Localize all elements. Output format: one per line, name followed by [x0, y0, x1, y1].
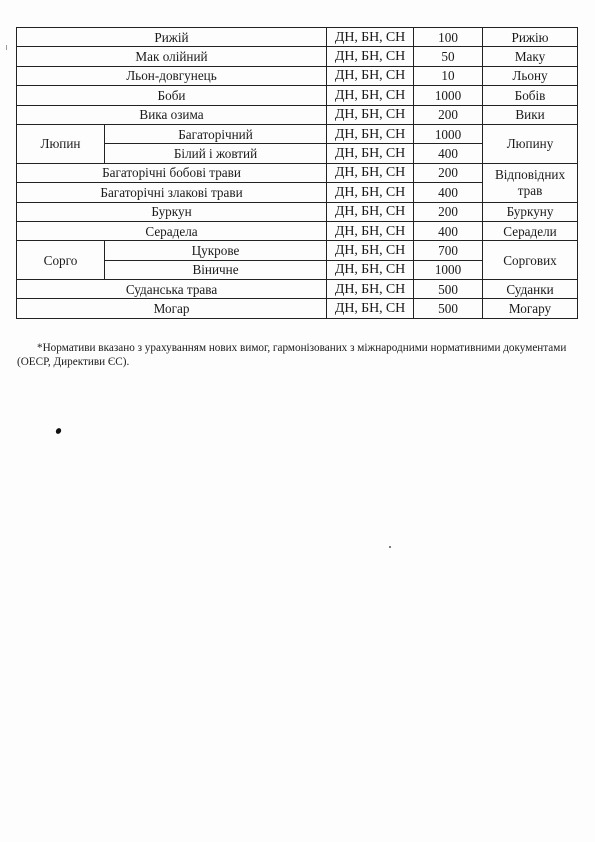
- scan-speck: [389, 546, 391, 548]
- genitive-cell: Буркуну: [483, 202, 578, 221]
- categories-cell: ДН, БН, СН: [327, 66, 414, 85]
- value-cell: 400: [414, 221, 483, 240]
- value-cell: 200: [414, 163, 483, 182]
- crop-group-cell: Люпин: [17, 124, 105, 163]
- crop-name-cell: Буркун: [17, 202, 327, 221]
- categories-cell: ДН, БН, СН: [327, 28, 414, 47]
- scan-margin-mark: [6, 45, 7, 50]
- genitive-cell: Бобів: [483, 86, 578, 105]
- categories-cell: ДН, БН, СН: [327, 105, 414, 124]
- value-cell: 200: [414, 105, 483, 124]
- categories-cell: ДН, БН, СН: [327, 221, 414, 240]
- genitive-cell: Могару: [483, 299, 578, 318]
- genitive-cell: Суданки: [483, 280, 578, 299]
- crop-name-cell: Рижій: [17, 28, 327, 47]
- scan-speck: [55, 427, 63, 435]
- crop-subtype-cell: Білий і жовтий: [105, 144, 327, 163]
- crop-name-cell: Мак олійний: [17, 47, 327, 66]
- categories-cell: ДН, БН, СН: [327, 299, 414, 318]
- table-row: Мак олійний ДН, БН, СН 50 Маку: [17, 47, 578, 66]
- table-row: Боби ДН, БН, СН 1000 Бобів: [17, 86, 578, 105]
- table-footnote: *Нормативи вказано з урахуванням нових в…: [17, 342, 579, 369]
- value-cell: 1000: [414, 260, 483, 279]
- seed-norms-table: Рижій ДН, БН, СН 100 Рижію Мак олійний Д…: [16, 27, 578, 319]
- value-cell: 400: [414, 183, 483, 202]
- value-cell: 1000: [414, 86, 483, 105]
- value-cell: 400: [414, 144, 483, 163]
- crop-subtype-cell: Цукрове: [105, 241, 327, 260]
- genitive-cell: Люпину: [483, 124, 578, 163]
- crop-name-cell: Суданська трава: [17, 280, 327, 299]
- table-row: Суданська трава ДН, БН, СН 500 Суданки: [17, 280, 578, 299]
- table-row: Вика озима ДН, БН, СН 200 Вики: [17, 105, 578, 124]
- table-row: Серадела ДН, БН, СН 400 Серадели: [17, 221, 578, 240]
- value-cell: 500: [414, 299, 483, 318]
- categories-cell: ДН, БН, СН: [327, 47, 414, 66]
- categories-cell: ДН, БН, СН: [327, 163, 414, 182]
- crop-name-cell: Вика озима: [17, 105, 327, 124]
- crop-subtype-cell: Віничне: [105, 260, 327, 279]
- genitive-cell: Рижію: [483, 28, 578, 47]
- crop-name-cell: Багаторічні злакові трави: [17, 183, 327, 202]
- genitive-cell: Відповідних трав: [483, 163, 578, 202]
- crop-name-cell: Могар: [17, 299, 327, 318]
- table-row: Багаторічні бобові трави ДН, БН, СН 200 …: [17, 163, 578, 182]
- table-row: Рижій ДН, БН, СН 100 Рижію: [17, 28, 578, 47]
- value-cell: 700: [414, 241, 483, 260]
- value-cell: 500: [414, 280, 483, 299]
- table-row: Могар ДН, БН, СН 500 Могару: [17, 299, 578, 318]
- categories-cell: ДН, БН, СН: [327, 144, 414, 163]
- value-cell: 10: [414, 66, 483, 85]
- crop-subtype-cell: Багаторічний: [105, 124, 327, 143]
- categories-cell: ДН, БН, СН: [327, 124, 414, 143]
- crop-name-cell: Льон-довгунець: [17, 66, 327, 85]
- value-cell: 100: [414, 28, 483, 47]
- table-row: Люпин Багаторічний ДН, БН, СН 1000 Люпин…: [17, 124, 578, 143]
- genitive-cell: Серадели: [483, 221, 578, 240]
- genitive-cell: Соргових: [483, 241, 578, 280]
- categories-cell: ДН, БН, СН: [327, 183, 414, 202]
- table-row: Сорго Цукрове ДН, БН, СН 700 Соргових: [17, 241, 578, 260]
- value-cell: 50: [414, 47, 483, 66]
- crop-group-cell: Сорго: [17, 241, 105, 280]
- crop-name-cell: Серадела: [17, 221, 327, 240]
- categories-cell: ДН, БН, СН: [327, 260, 414, 279]
- value-cell: 1000: [414, 124, 483, 143]
- table-row: Льон-довгунець ДН, БН, СН 10 Льону: [17, 66, 578, 85]
- categories-cell: ДН, БН, СН: [327, 241, 414, 260]
- value-cell: 200: [414, 202, 483, 221]
- crop-name-cell: Боби: [17, 86, 327, 105]
- table-row: Буркун ДН, БН, СН 200 Буркуну: [17, 202, 578, 221]
- genitive-cell: Льону: [483, 66, 578, 85]
- genitive-cell: Вики: [483, 105, 578, 124]
- genitive-cell: Маку: [483, 47, 578, 66]
- categories-cell: ДН, БН, СН: [327, 202, 414, 221]
- crop-name-cell: Багаторічні бобові трави: [17, 163, 327, 182]
- categories-cell: ДН, БН, СН: [327, 86, 414, 105]
- categories-cell: ДН, БН, СН: [327, 280, 414, 299]
